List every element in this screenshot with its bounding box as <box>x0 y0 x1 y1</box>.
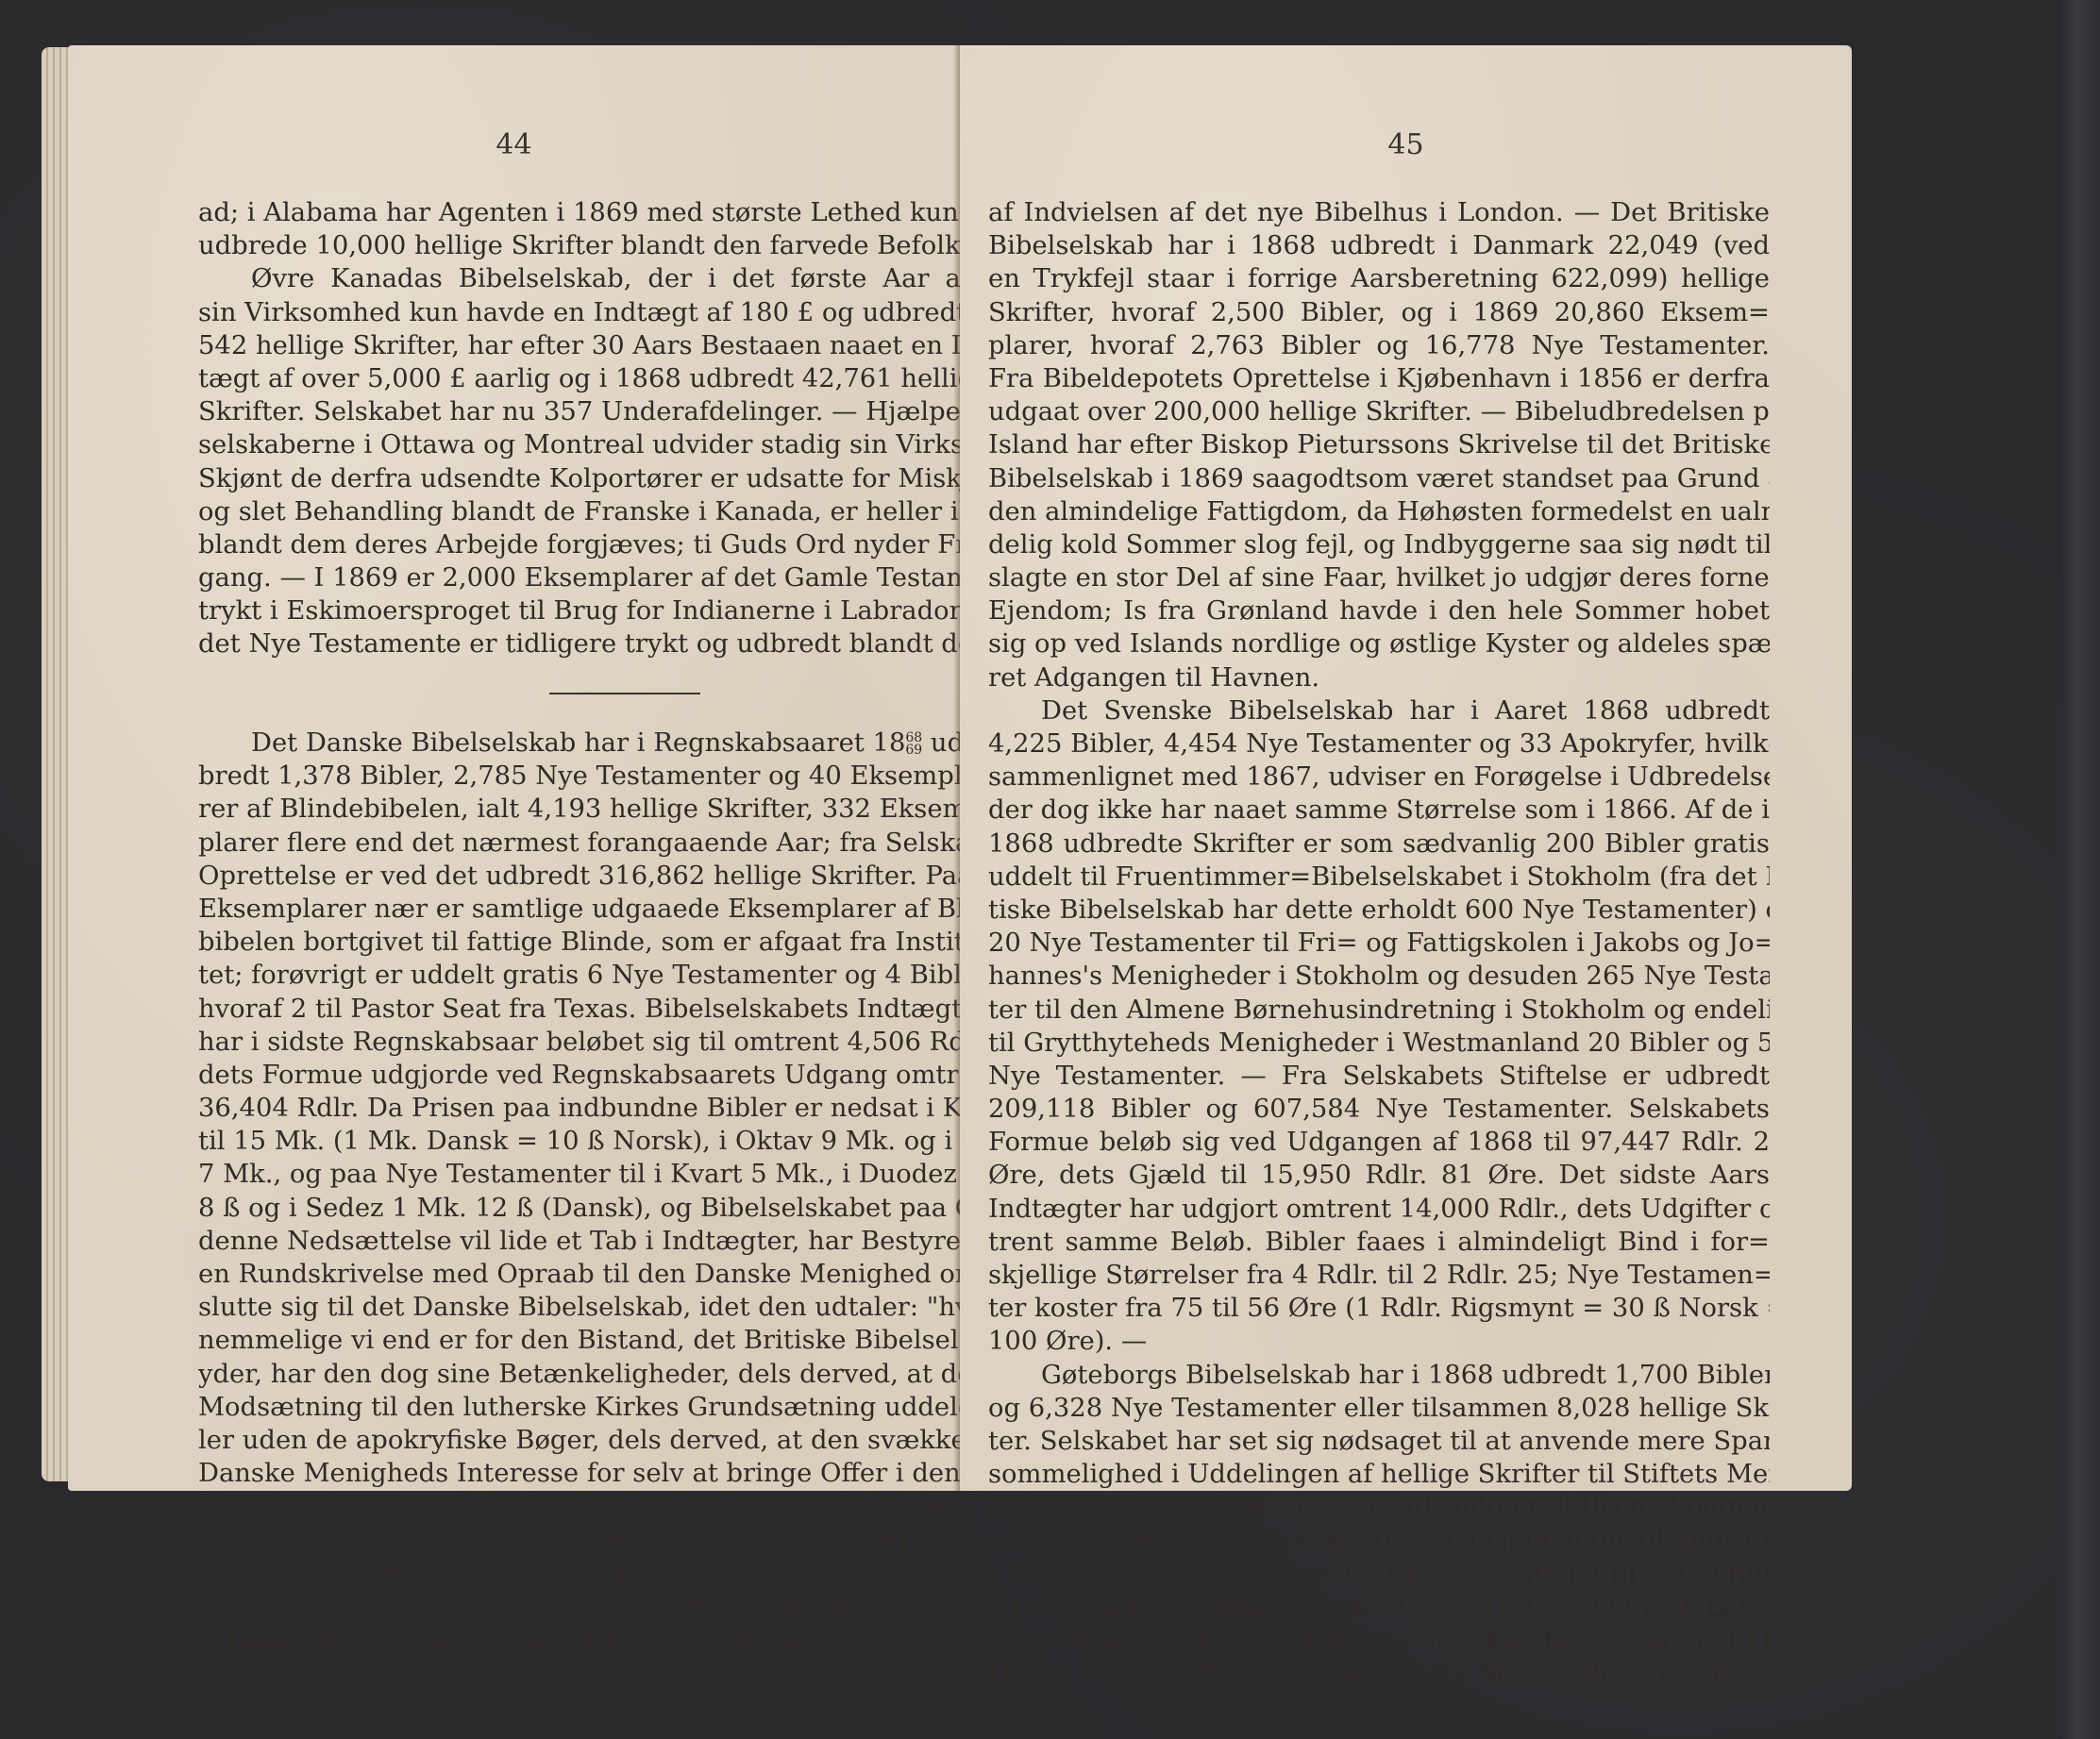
text-line: denne Nedsættelse vil lide et Tab i Indt… <box>198 1225 970 1258</box>
text-line: skjellige Størrelser fra 4 Rdlr. til 2 R… <box>988 1259 1770 1292</box>
text-line: sig op ved Islands nordlige og østlige K… <box>988 627 1770 660</box>
text-line: yder, har den dog sine Betænkeligheder, … <box>198 1358 970 1391</box>
text-line: og slet Behandling blandt de Franske i K… <box>198 495 970 528</box>
left-text-lower: Det Danske Bibelselskab har i Regnskabsa… <box>198 727 970 1656</box>
text-line: Fra Bibeldepotets Oprettelse i Kjøbenhav… <box>988 362 1770 395</box>
text-line: det Nye Testamente er tidligere trykt og… <box>198 627 970 660</box>
text-line: 20 Nye Testamenter til Fri= og Fattigsko… <box>988 927 1770 960</box>
text-line: nikanter samt 39 Bibler og 30 Nye Testam… <box>988 1525 1770 1558</box>
text-line: selskabs Bestyrelse oversendt det en Lyk… <box>198 1623 970 1656</box>
text-line: Grad, end Tilfældet er, kunde og burde s… <box>198 1557 970 1590</box>
text-line: Oprettelse er ved det udbredt 316,862 he… <box>198 860 970 893</box>
text-line: til Grytthyteheds Menigheder i Westmanla… <box>988 1027 1770 1060</box>
text-line: tet; forøvrigt er uddelt gratis 6 Nye Te… <box>198 959 970 992</box>
text-line: plarer, hvoraf 2,763 Bibler og 16,778 Ny… <box>988 329 1770 362</box>
text-line: formindsket med 2,000 Rdlr., og dets Kap… <box>988 1624 1770 1657</box>
text-line: delig kold Sommer slog fejl, og Indbygge… <box>988 528 1770 561</box>
page-number-left: 44 <box>68 128 960 161</box>
text-line: sammenlignet med 1867, udviser en Forøge… <box>988 761 1770 794</box>
text-line: 1868 udbredte Skrifter er som sædvanlig … <box>988 828 1770 861</box>
text-line: trykt i Eskimoersproget til Brug for Ind… <box>198 594 970 627</box>
open-book: 44 ad; i Alabama har Agenten i 1869 med … <box>68 45 1852 1491</box>
text-line: heder, medens 680 Bibler er gratis uddel… <box>988 1491 1770 1524</box>
text-line: 38 Øre; dets Udgifter har været 7,339 Rd… <box>988 1591 1770 1624</box>
text-line: ter til den Almene Børnehusindretning i … <box>988 994 1770 1027</box>
text-line: 8 ß og i Sedez 1 Mk. 12 ß (Dansk), og Bi… <box>198 1192 970 1225</box>
text-line: Eksemplarer nær er samtlige udgaaede Eks… <box>198 893 970 926</box>
text-line: Rdlr. 23 Øre. — Bidragene saavel fra Sti… <box>988 1657 1770 1690</box>
text-line: nemmelige vi end er for den Bistand, det… <box>198 1324 970 1357</box>
text-line: Øvre Kanadas Bibelselskab, der i det før… <box>198 262 970 295</box>
text-line: hannes's Menigheder i Stokholm og desude… <box>988 960 1770 993</box>
scanner-edge-strip <box>2062 0 2100 1739</box>
text-line: rer af Blindebibelen, ialt 4,193 hellige… <box>198 793 970 826</box>
text-line: Sag; der er noget utilfredsstillende for… <box>198 1490 970 1523</box>
text-line: blandt dem deres Arbejde forgjæves; ti G… <box>198 528 970 561</box>
text-line: Indtægter har udgjort omtrent 14,000 Rdl… <box>988 1193 1770 1226</box>
text-line: Skjønt de derfra udsendte Kolportører er… <box>198 462 970 495</box>
text-line: Bibelselskab i 1869 saagodtsom været sta… <box>988 462 1770 495</box>
text-line: bibelen bortgivet til fattige Blinde, so… <box>198 926 970 959</box>
left-text-upper: ad; i Alabama har Agenten i 1869 med stø… <box>198 196 970 661</box>
text-line: gang. — I 1869 er 2,000 Eksemplarer af d… <box>198 561 970 594</box>
text-line: 542 hellige Skrifter, har efter 30 Aars … <box>198 329 970 362</box>
text-line: uddelt til Fruentimmer=Bibelselskabet i … <box>988 861 1770 894</box>
text-line: Gøteborgs Bibelselskab har i 1868 udbred… <box>988 1359 1770 1392</box>
text-line: og 6,328 Nye Testamenter eller tilsammen… <box>988 1392 1770 1425</box>
text-line: 7 Mk., og paa Nye Testamenter til i Kvar… <box>198 1158 970 1191</box>
text-line: ad; i Alabama har Agenten i 1869 med stø… <box>198 196 970 229</box>
text-line: 4,225 Bibler, 4,454 Nye Testamenter og 3… <box>988 727 1770 761</box>
text-line: Nye Testamenter. — Fra Selskabets Stifte… <box>988 1060 1770 1093</box>
text-line: bredt 1,378 Bibler, 2,785 Nye Testamente… <box>198 760 970 793</box>
text-line: trent samme Beløb. Bibler faaes i almind… <box>988 1226 1770 1259</box>
text-line: Skrifter, hvoraf 2,500 Bibler, og i 1869… <box>988 296 1770 329</box>
right-page: 45 af Indvielsen af det nye Bibelhus i L… <box>960 45 1852 1491</box>
section-separator-rule <box>549 693 700 694</box>
text-line: har i sidste Regnskabsaar beløbet sig ti… <box>198 1026 970 1059</box>
text-line: udgaat over 200,000 hellige Skrifter. — … <box>988 395 1770 428</box>
text-line: ter koster fra 75 til 56 Øre (1 Rdlr. Ri… <box>988 1292 1770 1325</box>
text-line: sommelighed i Uddelingen af hellige Skri… <box>988 1458 1770 1491</box>
text-line: ter. Selskabet har set sig nødsaget til … <box>988 1425 1770 1458</box>
text-line: af Indvielsen af det nye Bibelhus i Lond… <box>988 196 1770 229</box>
text-line: der dog ikke har naaet samme Størrelse s… <box>988 794 1770 827</box>
right-text: af Indvielsen af det nye Bibelhus i Lond… <box>988 196 1770 1690</box>
text-line: til 15 Mk. (1 Mk. Dansk = 10 ß Norsk), i… <box>198 1125 970 1158</box>
text-line: den almindelige Fattigdom, da Høhøsten f… <box>988 495 1770 528</box>
text-line: sin Virksomhed kun havde en Indtægt af 1… <box>198 296 970 329</box>
text-line: selskaberne i Ottawa og Montreal udvider… <box>198 428 970 461</box>
text-line: Skrifter. Selskabet har nu 357 Underafde… <box>198 395 970 428</box>
text-line: dets Formue udgjorde ved Regnskabsaarets… <box>198 1059 970 1092</box>
page-number-right: 45 <box>960 128 1852 161</box>
text-line: tiske Bibelselskab har dette erholdt 600… <box>988 894 1770 927</box>
text-line: 36,404 Rdlr. Da Prisen paa indbundne Bib… <box>198 1092 970 1125</box>
text-line: at modtage som Gave fra Fremmede, hvad v… <box>198 1524 970 1557</box>
text-line: Formue beløb sig ved Udgangen af 1868 ti… <box>988 1126 1770 1159</box>
text-line: en Trykfejl staar i forrige Aarsberetnin… <box>988 262 1770 295</box>
text-line: ler uden de apokryfiske Bøger, dels derv… <box>198 1424 970 1457</box>
text-line: 100 Øre). — <box>988 1325 1770 1358</box>
text-line: slutte sig til det Danske Bibelselskab, … <box>198 1291 970 1324</box>
text-line: udbrede 10,000 hellige Skrifter blandt d… <box>198 229 970 262</box>
text-line: Ejendom; Is fra Grønland havde i den hel… <box>988 594 1770 627</box>
text-line: 209,118 Bibler og 607,584 Nye Testamente… <box>988 1093 1770 1126</box>
text-line: tægt af over 5,000 £ aarlig og i 1868 ud… <box>198 362 970 395</box>
text-line: Modsætning til den lutherske Kirkes Grun… <box>198 1391 970 1424</box>
text-line: Det Svenske Bibelselskab har i Aaret 186… <box>988 694 1770 727</box>
text-line: plarer flere end det nærmest forangaaend… <box>198 827 970 860</box>
left-page: 44 ad; i Alabama har Agenten i 1869 med … <box>68 45 960 1491</box>
text-line: ret Adgangen til Havnen. <box>988 661 1770 694</box>
text-line: Island har efter Biskop Pieturssons Skri… <box>988 428 1770 461</box>
text-line: at vise det Britiske Bibelselskab sin De… <box>198 1590 970 1623</box>
text-line: en Rundskrivelse med Opraab til den Dans… <box>198 1258 970 1291</box>
text-line: slagte en stor Del af sine Faar, hvilket… <box>988 561 1770 594</box>
danish-society-first-line: Det Danske Bibelselskab har i Regnskabsa… <box>198 727 970 760</box>
text-line: hvoraf 2 til Pastor Seat fra Texas. Bibe… <box>198 993 970 1026</box>
year-fraction: 6869 <box>905 732 922 757</box>
text-line: Bibelselskab har i 1868 udbredt i Danmar… <box>988 229 1770 262</box>
text-line: i Byen Bosatte. Selskabets Indtægter er … <box>988 1558 1770 1591</box>
text-line: Danske Menigheds Interesse for selv at b… <box>198 1457 970 1490</box>
text-line: Øre, dets Gjæld til 15,950 Rdlr. 81 Øre.… <box>988 1159 1770 1192</box>
